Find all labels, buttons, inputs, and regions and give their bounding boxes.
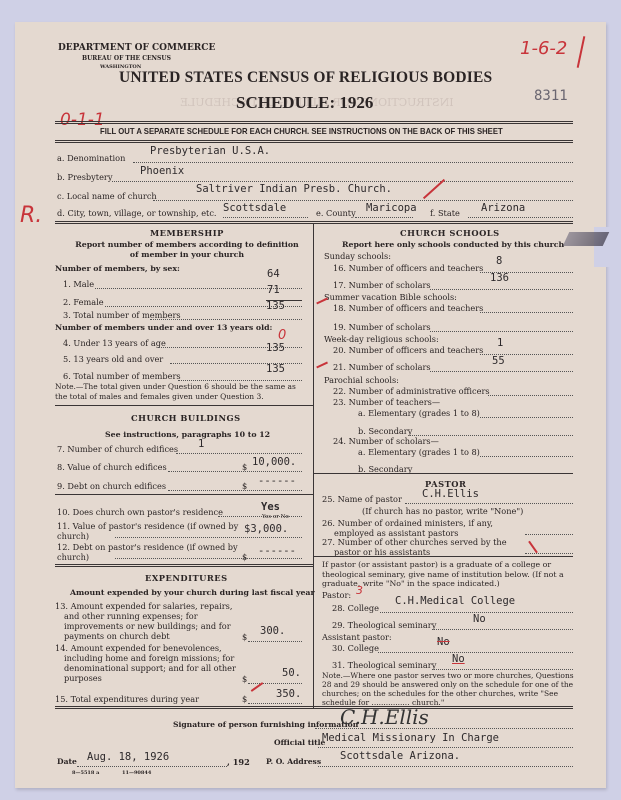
presbytery-label: b. Presbytery: [57, 172, 112, 182]
membership-intro: Report number of members according to de…: [72, 240, 302, 260]
department-label: DEPARTMENT OF COMMERCE: [58, 43, 215, 53]
owns-residence-value[interactable]: Yes: [261, 501, 280, 513]
by-age-label: Number of members under and over 13 year…: [55, 323, 272, 332]
asst-college-field[interactable]: No: [437, 636, 450, 648]
residence-debt-label: 12. Debt on pastor's residence (if owned…: [57, 542, 247, 562]
female-label: 2. Female: [63, 297, 104, 307]
official-title-field[interactable]: Medical Missionary In Charge: [322, 732, 499, 744]
weekday-schools-label: Week-day religious schools:: [324, 334, 439, 344]
total-members-age-count[interactable]: 135: [266, 363, 285, 375]
edifice-debt[interactable]: ------: [258, 475, 296, 487]
signature-field[interactable]: C.H.Ellis: [340, 705, 429, 729]
q17-value[interactable]: 136: [490, 272, 509, 284]
owns-residence-label: 10. Does church own pastor's residence: [57, 507, 223, 517]
schools-intro: Report here only schools conducted by th…: [342, 240, 564, 249]
yes-no-hint: Yes or No: [262, 514, 289, 520]
q27-label: 27. Number of other churches served by t…: [322, 537, 534, 557]
q24a-label: a. Elementary (grades 1 to 8): [358, 447, 480, 457]
male-label: 1. Male: [63, 279, 94, 289]
annotation-top-right: 1-6-2: [520, 38, 567, 59]
seminary-field[interactable]: No: [473, 613, 486, 625]
membership-heading: MEMBERSHIP: [150, 228, 224, 238]
college-label: 28. College: [332, 603, 379, 613]
denomination-label: a. Denomination: [57, 153, 125, 163]
q19-label: 19. Number of scholars: [333, 322, 431, 332]
asst-seminary-label: 31. Theological seminary: [332, 660, 436, 670]
benevolences-value[interactable]: 50.: [282, 667, 301, 679]
page-title: UNITED STATES CENSUS OF RELIGIOUS BODIES: [119, 69, 492, 87]
q23b-label: b. Secondary: [358, 426, 412, 436]
edifices-count[interactable]: 1: [198, 438, 204, 450]
date-field[interactable]: Aug. 18, 1926: [87, 751, 169, 763]
pastor-mark: 3: [356, 584, 363, 597]
running-expenses-label: 13. Amount expended for salaries, repair…: [55, 601, 249, 641]
q16-label: 16. Number of officers and teachers: [333, 263, 483, 273]
under-13-label: 4. Under 13 years of age: [63, 338, 166, 348]
membership-note: Note.—The total given under Question 6 s…: [55, 382, 305, 402]
over-13-count[interactable]: 135: [266, 342, 285, 354]
residence-value-label: 11. Value of pastor's residence (if owne…: [57, 521, 247, 541]
residence-debt[interactable]: ------: [258, 545, 296, 557]
edifices-label: 7. Number of church edifices: [57, 444, 178, 454]
assistant-pastor-label: Assistant pastor:: [322, 632, 392, 642]
annotation-margin: R.: [20, 203, 42, 228]
dollar-sign: $: [242, 674, 247, 684]
q18-label: 18. Number of officers and teachers: [333, 303, 483, 313]
page-subtitle: SCHEDULE: 1926: [236, 93, 373, 113]
male-count[interactable]: 64: [267, 268, 280, 280]
expenditures-intro: Amount expended by your church during la…: [70, 588, 315, 597]
dollar-sign: $: [242, 632, 247, 642]
pastor-name-label: 25. Name of pastor: [322, 494, 402, 504]
q24-label: 24. Number of scholars—: [333, 436, 439, 446]
seminary-label: 29. Theological seminary: [332, 620, 436, 630]
presbytery-field[interactable]: Phoenix: [140, 165, 184, 177]
local-name-field[interactable]: Saltriver Indian Presb. Church.: [196, 183, 392, 195]
pastor-label: Pastor:: [322, 590, 351, 600]
form-code-2: 11—90844: [122, 770, 151, 776]
q21-value[interactable]: 55: [492, 355, 505, 367]
county-label: e. County: [316, 208, 356, 218]
parochial-schools-label: Parochial schools:: [324, 375, 399, 385]
date-label: Date: [57, 757, 77, 766]
dollar-sign: $: [242, 481, 247, 491]
instruction-banner: FILL OUT A SEPARATE SCHEDULE FOR EACH CH…: [100, 126, 503, 136]
po-address-field[interactable]: Scottsdale Arizona.: [340, 750, 460, 762]
asst-college-label: 30. College: [332, 643, 379, 653]
q20-value[interactable]: 1: [497, 337, 503, 349]
summer-schools-label: Summer vacation Bible schools:: [324, 292, 457, 302]
q16-value[interactable]: 8: [496, 255, 502, 267]
edifice-debt-label: 9. Debt on church edifices: [57, 481, 166, 491]
q21-label: 21. Number of scholars: [333, 362, 431, 372]
form-code-1: 8—5518 a: [72, 770, 99, 776]
pastor-name-hint: (If church has no pastor, write "None"): [362, 506, 523, 516]
po-address-label: P. O. Address: [266, 757, 321, 766]
benevolences-label: 14. Amount expended for benevolences, in…: [55, 643, 249, 683]
pastor-name-field[interactable]: C.H.Ellis: [422, 488, 479, 500]
city-label: d. City, town, village, or township, etc…: [57, 208, 217, 218]
torn-edge-shadow: [563, 232, 610, 246]
bureau-label: BUREAU OF THE CENSUS: [82, 55, 171, 62]
dollar-sign: $: [242, 462, 247, 472]
annotation-left: 0-1-1: [60, 110, 105, 130]
q23-label: 23. Number of teachers—: [333, 397, 440, 407]
pastor-note: Note.—Where one pastor serves two or mor…: [322, 671, 574, 707]
stamp-number: 8311: [534, 88, 568, 104]
dollar-sign: $: [242, 694, 247, 704]
q20-label: 20. Number of officers and teachers: [333, 345, 483, 355]
edifice-value-label: 8. Value of church edifices: [57, 462, 167, 472]
schools-heading: CHURCH SCHOOLS: [400, 228, 500, 238]
buildings-intro: See instructions, paragraphs 10 to 12: [105, 430, 270, 439]
expenditures-heading: EXPENDITURES: [145, 573, 228, 583]
denomination-field[interactable]: Presbyterian U.S.A.: [150, 145, 270, 157]
date-suffix: , 192: [227, 757, 250, 767]
q23a-label: a. Elementary (grades 1 to 8): [358, 408, 480, 418]
sunday-schools-label: Sunday schools:: [324, 251, 391, 261]
buildings-heading: CHURCH BUILDINGS: [131, 413, 241, 423]
under-13-count[interactable]: 0: [278, 328, 286, 343]
over-13-label: 5. 13 years old and over: [63, 354, 163, 364]
q22-label: 22. Number of administrative officers: [333, 386, 490, 396]
college-field[interactable]: C.H.Medical College: [395, 595, 515, 607]
female-count[interactable]: 71: [267, 284, 280, 296]
q17-label: 17. Number of scholars: [333, 280, 431, 290]
total-members-count[interactable]: 135: [266, 300, 285, 312]
state-label: f. State: [430, 208, 460, 218]
dollar-sign: $: [242, 552, 247, 562]
total-expenditures-value[interactable]: 350.: [276, 688, 301, 700]
total-expenditures-label: 15. Total expenditures during year: [55, 694, 199, 704]
running-expenses-value[interactable]: 300.: [260, 625, 285, 637]
total-members-age-label: 6. Total number of members: [63, 371, 181, 381]
q26-label: 26. Number of ordained ministers, if any…: [322, 518, 534, 538]
residence-value[interactable]: $3,000.: [244, 523, 288, 535]
local-name-label: c. Local name of church: [57, 191, 157, 201]
asst-seminary-field[interactable]: No: [452, 653, 465, 665]
by-sex-label: Number of members, by sex:: [55, 264, 180, 273]
edifice-value[interactable]: 10,000.: [252, 456, 296, 468]
